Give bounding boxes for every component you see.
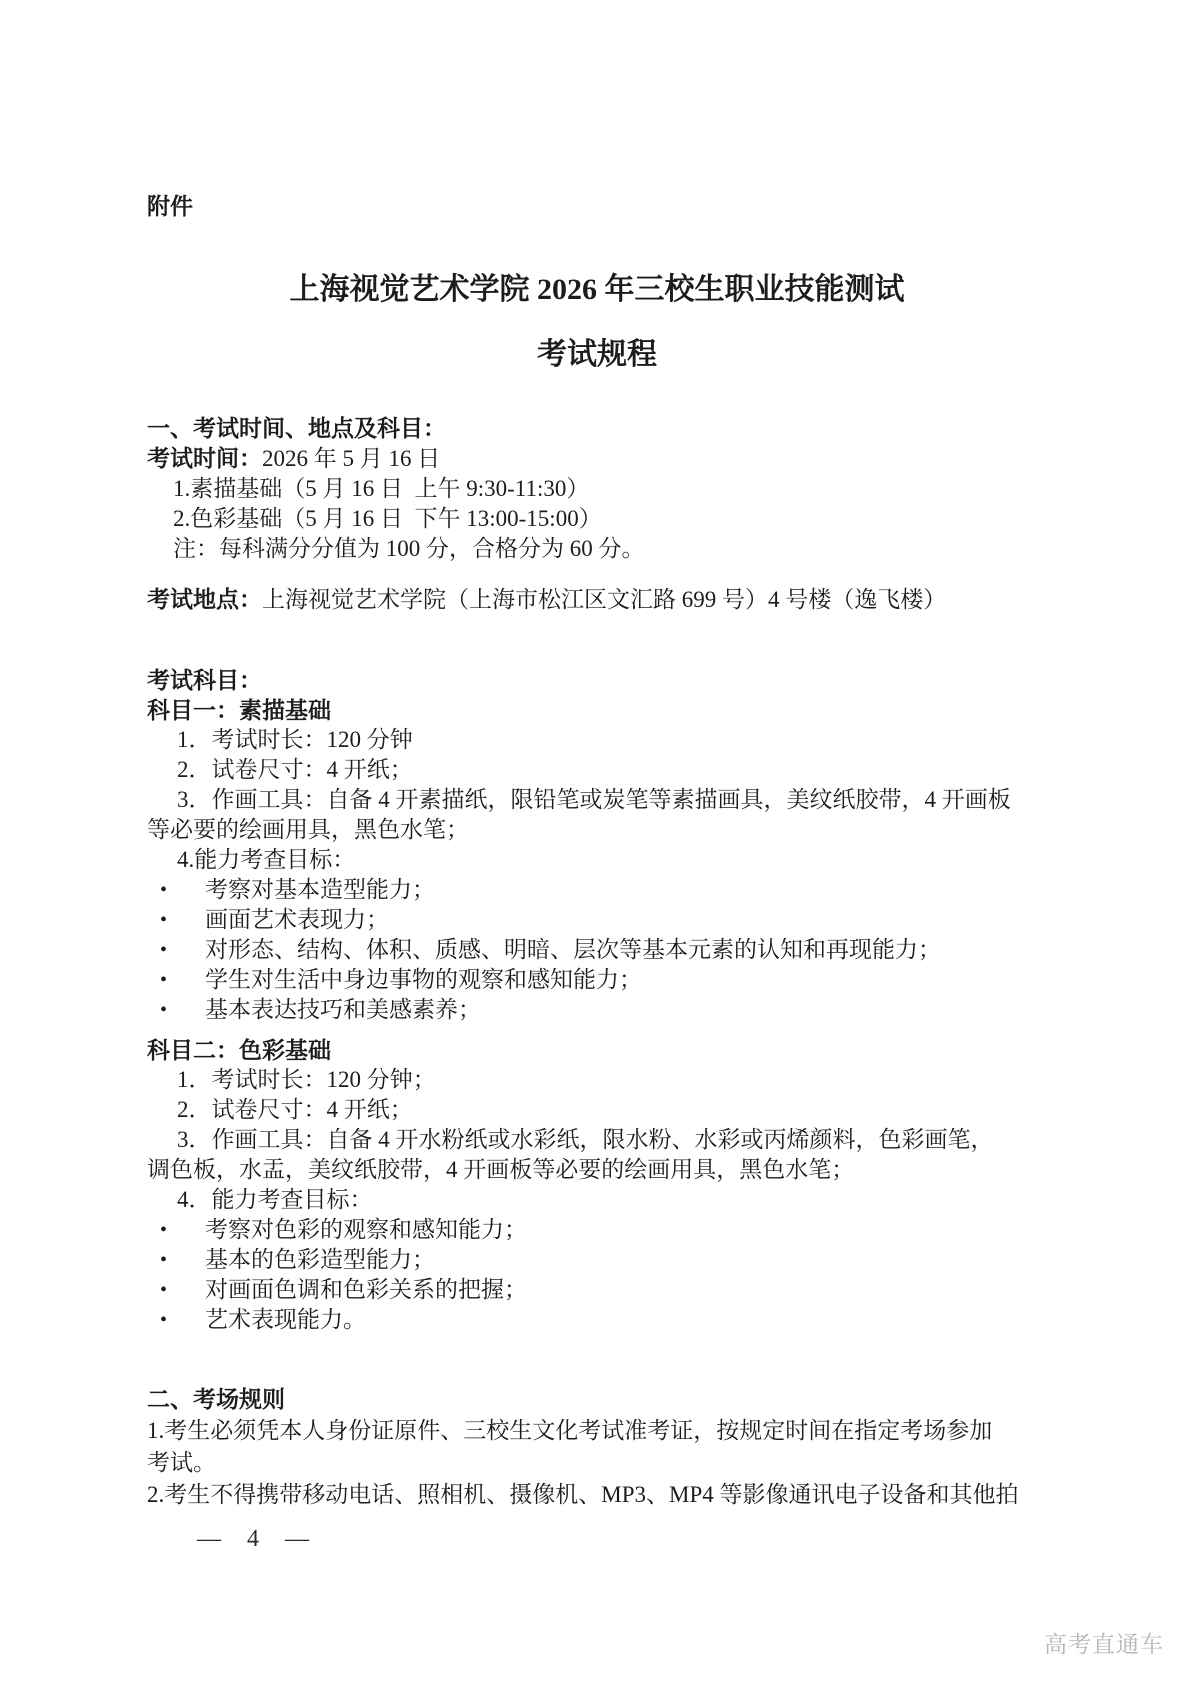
subject1-heading: 科目一：素描基础 <box>147 695 1047 725</box>
subject2-bullet-text: 艺术表现能力。 <box>205 1307 366 1332</box>
subject2-item-tools-continuation: 调色板，水盂，美纹纸胶带，4 开画板等必要的绘画用具，黑色水笔； <box>147 1155 1047 1185</box>
subject2-bullet-3: •对画面色调和色彩关系的把握； <box>147 1275 1047 1305</box>
subject1-bullet-1: •考察对基本造型能力； <box>147 875 1047 905</box>
bullet-icon: • <box>160 1245 205 1275</box>
document-page: 附件 上海视觉艺术学院 2026 年三校生职业技能测试 考试规程 一、考试时间、… <box>0 0 1190 1683</box>
subject1-bullet-3: •对形态、结构、体积、质感、明暗、层次等基本元素的认知和再现能力； <box>147 935 1047 965</box>
subject1-bullet-text: 对形态、结构、体积、质感、明暗、层次等基本元素的认知和再现能力； <box>205 937 941 962</box>
subject2-item-tools: 3．作画工具：自备 4 开水粉纸或水彩纸，限水粉、水彩或丙烯颜料，色彩画笔， <box>147 1125 1047 1155</box>
subject2-bullet-2: •基本的色彩造型能力； <box>147 1245 1047 1275</box>
subject1-item-tools: 3．作画工具：自备 4 开素描纸，限铅笔或炭笔等素描画具，美纹纸胶带，4 开画板 <box>147 785 1047 815</box>
rule-1-continuation: 考试。 <box>147 1447 1047 1479</box>
section2-heading: 二、考场规则 <box>147 1383 1047 1415</box>
subject2-heading: 科目二：色彩基础 <box>147 1035 1047 1065</box>
page-number: — 4 — <box>197 1526 309 1553</box>
document-content: 附件 上海视觉艺术学院 2026 年三校生职业技能测试 考试规程 一、考试时间、… <box>147 0 1047 1511</box>
exam-time-label: 考试时间： <box>147 445 262 471</box>
bullet-icon: • <box>160 1275 205 1305</box>
subject1-bullet-2: •画面艺术表现力； <box>147 905 1047 935</box>
subject2-bullet-4: •艺术表现能力。 <box>147 1305 1047 1335</box>
score-note: 注：每科满分分值为 100 分，合格分为 60 分。 <box>147 534 1047 564</box>
subject2-bullet-text: 考察对色彩的观察和感知能力； <box>205 1217 527 1242</box>
subject1-item-paper-size: 2．试卷尺寸：4 开纸； <box>147 755 1047 785</box>
exam-subjects-label: 考试科目： <box>147 665 1047 695</box>
subject1-bullet-4: •学生对生活中身边事物的观察和感知能力； <box>147 965 1047 995</box>
rule-1: 1.考生必须凭本人身份证原件、三校生文化考试准考证，按规定时间在指定考场参加 <box>147 1415 1047 1447</box>
subject1-item-duration: 1．考试时长：120 分钟 <box>147 725 1047 755</box>
subject1-item-goals: 4.能力考查目标： <box>147 845 1047 875</box>
subject2-bullet-text: 基本的色彩造型能力； <box>205 1247 435 1272</box>
exam-location-label: 考试地点： <box>147 586 262 612</box>
rule-2: 2.考生不得携带移动电话、照相机、摄像机、MP3、MP4 等影像通讯电子设备和其… <box>147 1479 1047 1511</box>
subject2-item-goals: 4．能力考查目标： <box>147 1185 1047 1215</box>
bullet-icon: • <box>160 995 205 1025</box>
attachment-label: 附件 <box>147 192 1047 220</box>
subject2-item-duration: 1．考试时长：120 分钟； <box>147 1065 1047 1095</box>
bullet-icon: • <box>160 1305 205 1335</box>
subject2-bullet-1: •考察对色彩的观察和感知能力； <box>147 1215 1047 1245</box>
exam-time-value: 2026 年 5 月 16 日 <box>262 446 440 471</box>
schedule-item-2: 2.色彩基础（5 月 16 日 下午 13:00-15:00） <box>147 504 1047 534</box>
exam-time-line: 考试时间：2026 年 5 月 16 日 <box>147 443 1047 474</box>
subject1-bullet-text: 基本表达技巧和美感素养； <box>205 997 481 1022</box>
exam-location-value: 上海视觉艺术学院（上海市松江区文汇路 699 号）4 号楼（逸飞楼） <box>262 587 946 612</box>
bullet-icon: • <box>160 875 205 905</box>
subject2-item-paper-size: 2．试卷尺寸：4 开纸； <box>147 1095 1047 1125</box>
bullet-icon: • <box>160 965 205 995</box>
subject1-bullet-text: 考察对基本造型能力； <box>205 877 435 902</box>
subject1-bullet-5: •基本表达技巧和美感素养； <box>147 995 1047 1025</box>
subject1-bullet-text: 学生对生活中身边事物的观察和感知能力； <box>205 967 642 992</box>
subject1-bullet-text: 画面艺术表现力； <box>205 907 389 932</box>
subject2-bullet-text: 对画面色调和色彩关系的把握； <box>205 1277 527 1302</box>
subject1-item-tools-continuation: 等必要的绘画用具，黑色水笔； <box>147 815 1047 845</box>
bullet-icon: • <box>160 1215 205 1245</box>
watermark: 高考直通车 <box>1044 1626 1164 1659</box>
doc-title: 上海视觉艺术学院 2026 年三校生职业技能测试 <box>147 270 1047 310</box>
doc-subtitle: 考试规程 <box>147 335 1047 375</box>
bullet-icon: • <box>160 905 205 935</box>
section1-heading: 一、考试时间、地点及科目： <box>147 413 1047 443</box>
exam-location-line: 考试地点：上海视觉艺术学院（上海市松江区文汇路 699 号）4 号楼（逸飞楼） <box>147 584 1047 615</box>
schedule-item-1: 1.素描基础（5 月 16 日 上午 9:30-11:30） <box>147 474 1047 504</box>
bullet-icon: • <box>160 935 205 965</box>
